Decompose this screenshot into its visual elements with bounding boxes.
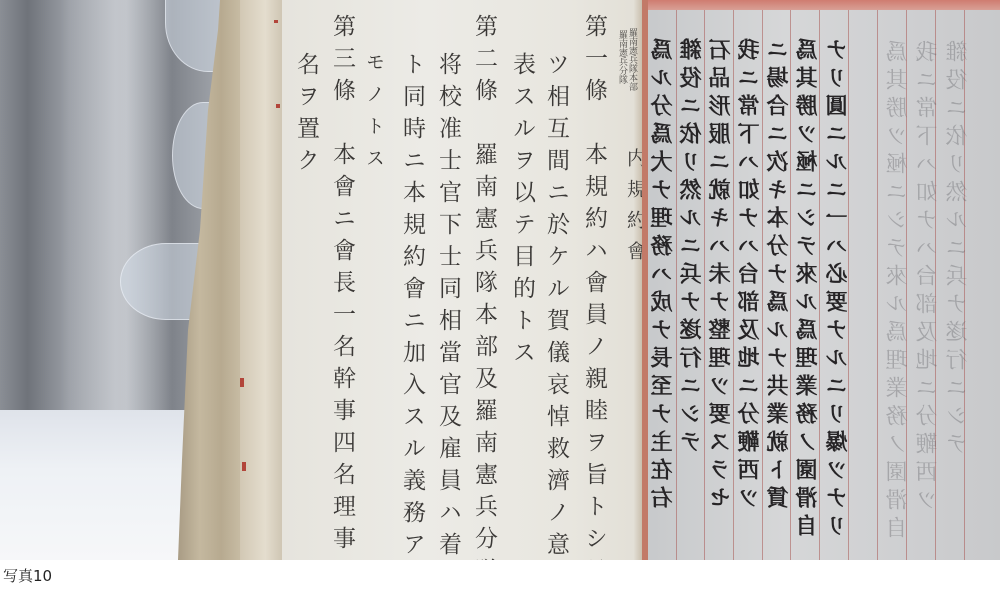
- text-column: 将校准士官下士同相當官及雇員ハ着隊: [436, 52, 459, 560]
- mirrored-text-column: ニ場合ニ次キ本分ナ爲ルナ共業就ト賃: [769, 38, 791, 514]
- photo-caption: 写真10: [3, 565, 52, 586]
- mirrored-text-column: 爲ル分爲大ナ理務ハ成ナ長至ナ主在右: [653, 38, 675, 514]
- background-cloth: [0, 410, 190, 560]
- mirrored-text-column: 我ニ常下ハ如ナハ台部及地ニ分鞭西ツ: [740, 38, 762, 514]
- bleed-through-text: 我ニ常下ハ如ナハ台部及地ニ分鞭西ツ: [918, 40, 940, 516]
- mirrored-text-column: 石品形服ニ就キハ未ナ整理ツ要スラセ: [711, 38, 733, 514]
- page-title: 内規約會: [622, 148, 644, 272]
- right-page: ナリ圓ニルニ一ハ必要ナルニリ爆ツナリ 爲其勝ツ極ニシテ來ル爲理業務ノ園滑自 ニ場…: [642, 0, 1000, 560]
- mirrored-text-column: ナリ圓ニルニ一ハ必要ナルニリ爆ツナリ: [828, 38, 850, 542]
- text-column: ツ相互間ニ於ケル賀儀哀悼救濟ノ意ヲ: [544, 52, 567, 560]
- text-column: 第三條 本會ニ會長一名幹事四名理事: [330, 14, 353, 558]
- text-column: 第一條 本規約ハ會員ノ親睦ヲ旨トシ且: [582, 14, 605, 560]
- book-binding: [240, 0, 282, 560]
- bleed-through-text: 爲其勝ツ極ニシテ來ル爲理業務ノ園滑自: [888, 40, 910, 544]
- heading-annotation: 羅南憲兵隊本部: [627, 28, 636, 91]
- mirrored-text-column: 爲其勝ツ極ニシテ來ル爲理業務ノ園滑自: [798, 38, 820, 542]
- text-column: 表スルヲ以テ目的トス: [510, 52, 533, 372]
- document-photo: 羅南憲兵隊本部 羅南憲兵分隊 内規約會 第一條 本規約ハ會員ノ親睦ヲ旨トシ且 ツ…: [0, 0, 1000, 560]
- text-column: 名ヲ置ク: [294, 52, 317, 180]
- mirrored-text-column: 雜役ニ依リ然ルニ兵ナ遂行ニシテ: [682, 38, 704, 458]
- bleed-through-text: 雜役ニ依リ然ルニ兵ナ遂行ニシテ: [948, 40, 970, 460]
- heading-annotation-2: 羅南憲兵分隊: [617, 30, 626, 84]
- text-column: ト同時ニ本規約會ニ加入スル義務ア: [400, 52, 423, 560]
- text-column: 第二條 羅南憲兵隊本部及羅南憲兵分隊: [472, 14, 495, 560]
- text-column: モノトス: [364, 52, 383, 180]
- left-page: 羅南憲兵隊本部 羅南憲兵分隊 内規約會 第一條 本規約ハ會員ノ親睦ヲ旨トシ且 ツ…: [282, 0, 642, 560]
